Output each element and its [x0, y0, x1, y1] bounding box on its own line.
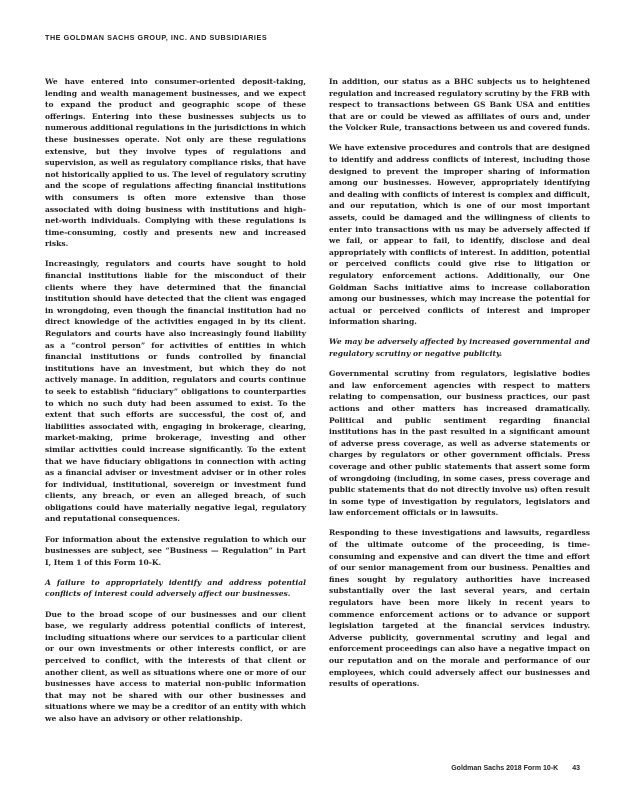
page-number: 43: [572, 765, 580, 772]
paragraph: For information about the extensive regu…: [45, 534, 306, 569]
right-column: In addition, our status as a BHC subject…: [329, 76, 590, 698]
left-column: We have entered into consumer-oriented d…: [45, 76, 306, 733]
paragraph: Responding to these investigations and l…: [329, 527, 590, 689]
risk-factor-heading: A failure to appropriately identify and …: [45, 577, 306, 600]
paragraph: In addition, our status as a BHC subject…: [329, 76, 590, 134]
paragraph: We have entered into consumer-oriented d…: [45, 76, 306, 250]
paragraph: We have extensive procedures and control…: [329, 142, 590, 328]
running-header: The Goldman Sachs Group, Inc. and Subsid…: [45, 33, 267, 42]
paragraph: Increasingly, regulators and courts have…: [45, 258, 306, 525]
footer-publication: Goldman Sachs 2018 Form 10-K: [451, 765, 558, 772]
paragraph: Due to the broad scope of our businesses…: [45, 609, 306, 725]
risk-factor-heading: We may be adversely affected by increase…: [329, 336, 590, 359]
paragraph: Governmental scrutiny from regulators, l…: [329, 368, 590, 519]
page-footer: Goldman Sachs 2018 Form 10-K43: [451, 765, 580, 772]
